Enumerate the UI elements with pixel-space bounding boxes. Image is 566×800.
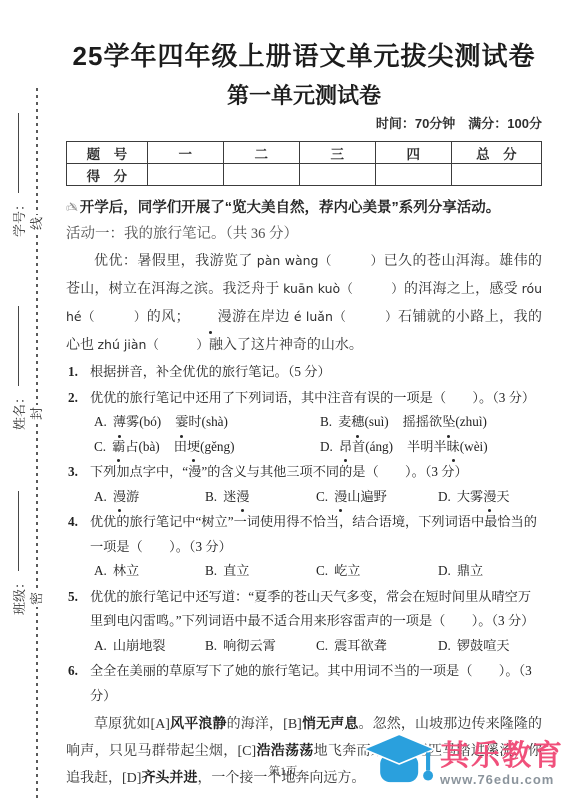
choice-marker-d: [D] [122, 771, 141, 786]
dotted-char: 埂 [187, 435, 200, 460]
option-text: 山崩地裂 [113, 638, 166, 653]
option-c: C.霸占(bà)田埂(gěng) [94, 435, 320, 460]
option-text: 时(shà) [188, 414, 228, 429]
student-name-blank-line [18, 306, 19, 386]
intro-text: 开学后，同学们开展了“览大美自然，荐内心美景”系列分享活动。 [80, 200, 501, 216]
option-label: B. [205, 489, 217, 504]
question-number: 4. [68, 510, 78, 535]
option-text: 游 [126, 489, 139, 504]
passage-text: 优优：暑假里，我游览了 [94, 254, 257, 269]
option-label: A. [94, 414, 107, 429]
question-4: 4. 优优的旅行笔记中“树立”一词使用得不恰当，结合语境，下列词语中最恰当的一项… [66, 510, 542, 559]
score-row-label: 得 分 [67, 164, 148, 186]
option-text: 田 [174, 439, 187, 454]
score-header-tihao: 题 号 [67, 142, 148, 164]
pinyin-blank: kuān kuò（ ） [283, 281, 404, 296]
option-d: D.昂首(áng)半明半昧(wèi) [320, 435, 542, 460]
passage-text: 游在岸边 [232, 310, 294, 325]
dotted-char: 坠 [442, 410, 455, 435]
option-text: 山遍野 [347, 489, 387, 504]
option-text: (zhuì) [455, 414, 487, 429]
dotted-char: 霎 [175, 410, 188, 435]
question-2-options-row-2: C.霸占(bà)田埂(gěng) D.昂首(áng)半明半昧(wèi) [66, 435, 542, 460]
dotted-char: 昂 [339, 435, 352, 460]
bold-idiom: 风平浪静 [170, 717, 227, 732]
passage-text: 的海洋， [227, 717, 284, 732]
travel-notes-passage: 优优：暑假里，我游览了 pàn wàng（ ）已久的苍山洱海。雄伟的苍山，树立在… [66, 247, 542, 359]
question-number: 2. [68, 386, 78, 411]
score-cell-total [451, 164, 541, 186]
question-2: 2. 优优的旅行笔记中还用了下列词语，其中注音有误的一项是（ ）。（3 分） [66, 386, 542, 411]
seal-char-feng: 封 [28, 405, 45, 422]
main-content: 25学年四年级上册语文单元拔尖测试卷 第一单元测试卷 时间：70分钟 满分：10… [66, 0, 542, 792]
student-id-label: 学号： [9, 198, 28, 237]
option-label: A. [94, 563, 107, 578]
passage-text: 的洱海之上，感受 [404, 282, 522, 297]
option-b: B.麦穗(suì)摇摇欲坠(zhuì) [320, 410, 542, 435]
score-table-header-row: 题 号 一 二 三 四 总 分 [67, 142, 542, 164]
option-text: 天 [496, 489, 509, 504]
option-text: 摇摇欲 [403, 414, 443, 429]
exam-info: 时间：70分钟 满分：100分 [66, 115, 542, 132]
question-text: 根据拼音，补全优优的旅行笔记。（5 分） [90, 364, 331, 379]
option-c: C.屹立 [316, 559, 438, 584]
option-text: (gěng) [200, 439, 234, 454]
dotted-char: 漫 [113, 485, 126, 510]
question-5: 5. 优优的旅行笔记中还写道：“夏季的苍山天气多变，常会在短时间里从晴空万里到电… [66, 585, 542, 634]
option-text: 鼎立 [457, 563, 483, 578]
brand-logo: 其乐教育 www.76edu.com [362, 732, 564, 796]
class-blank-line [18, 491, 19, 571]
option-c: C.漫山遍野 [316, 485, 438, 510]
bold-idiom: 浩浩荡荡 [256, 744, 313, 759]
option-text: 半明半 [407, 439, 447, 454]
option-text: (suì) [364, 414, 388, 429]
score-table: 题 号 一 二 三 四 总 分 得 分 [66, 141, 542, 186]
writing-hand-icon: ✍ [66, 198, 78, 217]
seal-dashed-line [36, 88, 38, 800]
score-header-total: 总 分 [451, 142, 541, 164]
option-label: D. [320, 439, 333, 454]
student-id-blank-line [18, 113, 19, 193]
option-a: A.山崩地裂 [94, 634, 205, 659]
question-5-options: A.山崩地裂 B.响彻云霄 C.震耳欲聋 D.锣鼓喧天 [66, 634, 542, 659]
page-number: 第1页 [269, 763, 298, 779]
option-label: C. [316, 489, 328, 504]
dotted-char: 漫 [190, 304, 232, 331]
passage-text: 的风； [147, 310, 190, 325]
option-b: B.直立 [205, 559, 316, 584]
option-label: D. [438, 563, 451, 578]
question-text: 优优的旅行笔记中还写道：“夏季的苍山天气多变，常会在短时间里从晴空万里到电闪雷鸣… [90, 589, 534, 629]
dotted-char: 漫 [236, 485, 249, 510]
dotted-char: 漫 [483, 485, 496, 510]
option-label: A. [94, 489, 107, 504]
option-a: A.漫游 [94, 485, 205, 510]
page-title: 25学年四年级上册语文单元拔尖测试卷 [66, 0, 542, 73]
brand-text: 其乐教育 www.76edu.com [440, 741, 564, 788]
class-label: 班级： [9, 576, 28, 615]
option-d: D.鼎立 [438, 559, 542, 584]
option-text: 占(bà) [125, 439, 159, 454]
option-label: C. [94, 439, 106, 454]
pinyin-blank: zhú jiàn（ ） [98, 337, 209, 352]
question-text: 优优的旅行笔记中“树立”一词使用得不恰当，结合语境，下列词语中最恰当的一项是（ … [90, 514, 537, 554]
score-header-2: 二 [223, 142, 299, 164]
question-number: 3. [68, 460, 78, 485]
page-subtitle: 第一单元测试卷 [66, 81, 542, 110]
score-cell-4 [375, 164, 451, 186]
seal-char-xian: 线 [28, 215, 45, 232]
option-label: D. [438, 489, 451, 504]
student-id-field: 学号： [9, 97, 27, 237]
score-header-4: 四 [375, 142, 451, 164]
question-2-options-row-1: A.薄雾(bó)霎时(shà) B.麦穗(suì)摇摇欲坠(zhuì) [66, 410, 542, 435]
option-text: 震耳欲聋 [334, 638, 387, 653]
brand-url: www.76edu.com [440, 772, 564, 788]
question-6: 6. 全全在美丽的草原写下了她的旅行笔记。其中用词不当的一项是（ ）。（3 分） [66, 659, 542, 708]
choice-marker-a: [A] [151, 717, 170, 732]
option-text: 屹立 [334, 563, 360, 578]
question-number: 5. [68, 585, 78, 610]
option-b: B.响彻云霄 [205, 634, 316, 659]
score-header-1: 一 [147, 142, 223, 164]
option-c: C.震耳欲聋 [316, 634, 438, 659]
option-label: C. [316, 563, 328, 578]
option-a: A.薄雾(bó)霎时(shà) [94, 410, 320, 435]
choice-marker-b: [B] [283, 717, 302, 732]
option-text: 雾(bó) [126, 414, 161, 429]
option-text: (wèi) [460, 439, 488, 454]
option-text: 林立 [113, 563, 139, 578]
question-text: 优优的旅行笔记中还用了下列词语，其中注音有误的一项是（ ）。（3 分） [90, 390, 535, 405]
question-3-options: A.漫游 B.迷漫 C.漫山遍野 D.大雾漫天 [66, 485, 542, 510]
score-table-score-row: 得 分 [67, 164, 542, 186]
option-b: B.迷漫 [205, 485, 316, 510]
student-name-field: 姓名： [9, 290, 27, 430]
option-text: 麦 [338, 414, 351, 429]
question-3: 3. 下列加点字中，“漫”的含义与其他三项不同的是（ ）。（3 分） [66, 460, 542, 485]
option-text: 首(áng) [352, 439, 393, 454]
option-label: B. [320, 414, 332, 429]
option-text: 响彻云霄 [223, 638, 276, 653]
question-text: 下列加点字中，“漫”的含义与其他三项不同的是（ ）。（3 分） [90, 464, 468, 479]
choice-marker-c: [C] [238, 744, 257, 759]
option-d: D.大雾漫天 [438, 485, 542, 510]
option-label: B. [205, 638, 217, 653]
intro-note: ✍开学后，同学们开展了“览大美自然，荐内心美景”系列分享活动。 [66, 198, 542, 218]
pinyin-blank: é luǎn（ ） [294, 309, 398, 324]
pinyin-blank: pàn wàng（ ） [257, 253, 384, 268]
question-text: 全全在美丽的草原写下了她的旅行笔记。其中用词不当的一项是（ ）。（3 分） [90, 663, 532, 703]
passage-text: 融入了这片神奇的山水。 [209, 338, 363, 353]
exam-paper-page: 学号： 姓名： 班级： 线 封 密 25学年四年级上册语文单元拔尖测试卷 第一单… [0, 0, 566, 800]
score-cell-1 [147, 164, 223, 186]
option-label: C. [316, 638, 328, 653]
dotted-char: 穗 [351, 410, 364, 435]
dotted-char: 霸 [112, 435, 125, 460]
option-text: 大雾 [457, 489, 483, 504]
dotted-char: 薄 [113, 410, 126, 435]
option-label: D. [438, 638, 451, 653]
bold-idiom: 齐头并进 [141, 771, 197, 786]
seal-char-mi: 密 [28, 590, 45, 607]
activity-heading: 活动一：我的旅行笔记。（共 36 分） [66, 225, 542, 244]
option-label: B. [205, 563, 217, 578]
score-cell-2 [223, 164, 299, 186]
question-number: 6. [68, 659, 78, 684]
dotted-char: 昧 [447, 435, 460, 460]
question-1: 1. 根据拼音，补全优优的旅行笔记。（5 分） [66, 360, 542, 385]
dotted-char: 漫 [334, 485, 347, 510]
bold-idiom: 悄无声息 [302, 717, 359, 732]
option-a: A.林立 [94, 559, 205, 584]
class-field: 班级： [9, 475, 27, 615]
brand-name: 其乐教育 [440, 741, 564, 772]
option-text: 锣鼓喧天 [457, 638, 510, 653]
option-text: 迷 [223, 489, 236, 504]
question-number: 1. [68, 360, 78, 385]
student-name-label: 姓名： [9, 391, 28, 430]
graduation-cap-icon [362, 732, 438, 796]
passage-text: 草原犹如 [94, 717, 151, 732]
option-d: D.锣鼓喧天 [438, 634, 542, 659]
question-4-options: A.林立 B.直立 C.屹立 D.鼎立 [66, 559, 542, 584]
score-cell-3 [299, 164, 375, 186]
option-label: A. [94, 638, 107, 653]
score-header-3: 三 [299, 142, 375, 164]
option-text: 直立 [223, 563, 249, 578]
